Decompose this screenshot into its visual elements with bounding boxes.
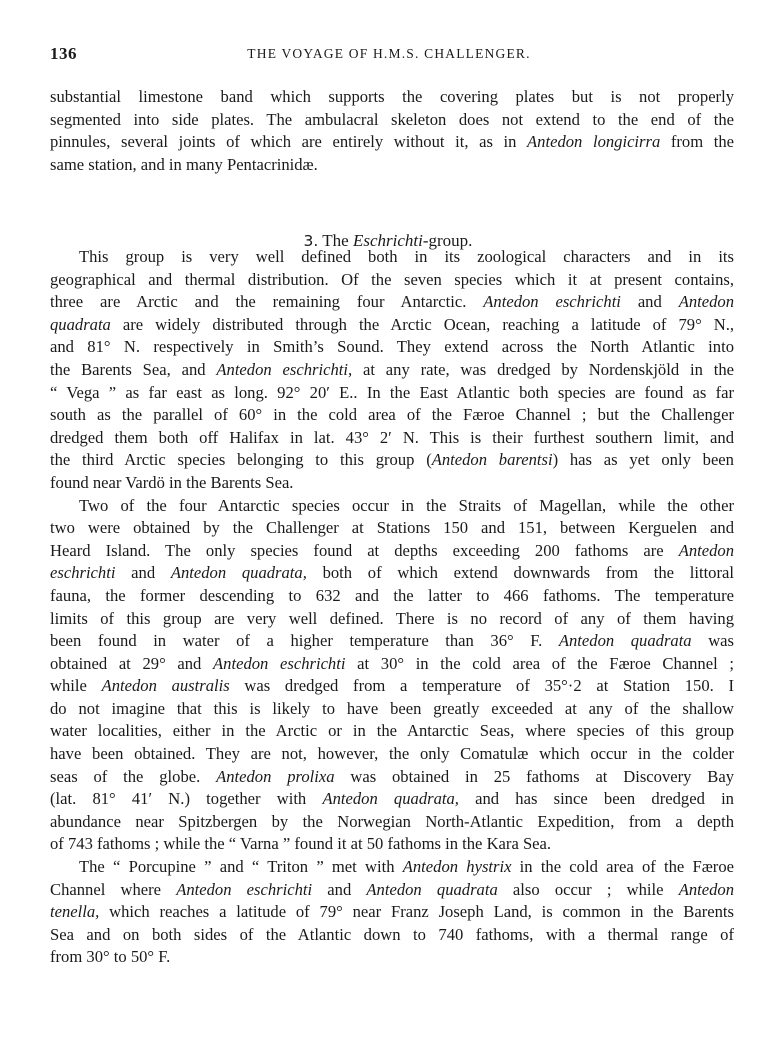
text-line: substantial limestone band which support… xyxy=(50,86,734,109)
species-name: Antedon eschrichti xyxy=(483,292,621,311)
text-line: from 30° to 50° F. xyxy=(50,946,734,969)
text-line: same station, and in many Pentacrinidæ. xyxy=(50,154,734,177)
species-name: Antedon australis xyxy=(102,676,230,695)
text-line: This group is very well defined both in … xyxy=(50,246,734,269)
text-line: Channel where Antedon eschrichti and Ant… xyxy=(50,879,734,902)
text-line: the Barents Sea, and Antedon eschrichti,… xyxy=(50,359,734,382)
species-name: Antedon xyxy=(679,292,734,311)
species-name: Antedon xyxy=(679,541,734,560)
text-line: found near Vardö in the Barents Sea. xyxy=(50,472,734,495)
species-name: Antedon quadrata xyxy=(559,631,692,650)
text-line: of 743 fathoms ; while the “ Varna ” fou… xyxy=(50,833,734,856)
text-line: while Antedon australis was dredged from… xyxy=(50,675,734,698)
text-line: abundance near Spitzbergen by the Norweg… xyxy=(50,811,734,834)
text-line: two were obtained by the Challenger at S… xyxy=(50,517,734,540)
text-line: three are Arctic and the remaining four … xyxy=(50,291,734,314)
section-body: This group is very well defined both in … xyxy=(50,246,734,969)
text-line: (lat. 81° 41′ N.) together with Antedon … xyxy=(50,788,734,811)
species-name: Antedon hystrix xyxy=(403,857,512,876)
text-line: south as the parallel of 60° in the cold… xyxy=(50,404,734,427)
text-line: water localities, either in the Arctic o… xyxy=(50,720,734,743)
continuation-paragraph: substantial limestone band which support… xyxy=(50,86,734,176)
text-line: the third Arctic species belonging to th… xyxy=(50,449,734,472)
species-name: Antedon eschrichti xyxy=(176,880,312,899)
page-header: 136 THE VOYAGE OF H.M.S. CHALLENGER. xyxy=(50,44,728,66)
species-name: Antedon prolixa xyxy=(216,767,334,786)
text-line: been found in water of a higher temperat… xyxy=(50,630,734,653)
text-line: geographical and thermal distribution. O… xyxy=(50,269,734,292)
species-name: Antedon xyxy=(679,880,734,899)
paragraph: Two of the four Antarctic species occur … xyxy=(50,495,734,857)
species-name: Antedon quadrata xyxy=(366,880,497,899)
paragraph: The “ Porcupine ” and “ Triton ” met wit… xyxy=(50,856,734,969)
text-line: fauna, the former descending to 632 and … xyxy=(50,585,734,608)
text-line: Sea and on both sides of the Atlantic do… xyxy=(50,924,734,947)
text-line: Heard Island. The only species found at … xyxy=(50,540,734,563)
text-line: have been obtained. They are not, howeve… xyxy=(50,743,734,766)
paragraph: This group is very well defined both in … xyxy=(50,246,734,495)
species-name: Antedon eschrichti xyxy=(213,654,345,673)
species-name: tenella, xyxy=(50,902,99,921)
text-line: limits of this group are very well defin… xyxy=(50,608,734,631)
species-name: Antedon eschrichti, xyxy=(216,360,352,379)
text-line: segmented into side plates. The ambulacr… xyxy=(50,109,734,132)
text-line: and 81° N. respectively in Smith’s Sound… xyxy=(50,336,734,359)
text-line: quadrata are widely distributed through … xyxy=(50,314,734,337)
running-title: THE VOYAGE OF H.M.S. CHALLENGER. xyxy=(50,46,728,62)
text-line: “ Vega ” as far east as long. 92° 20′ E.… xyxy=(50,382,734,405)
species-name: Antedon longicirra xyxy=(527,132,660,151)
text-line: pinnules, several joints of which are en… xyxy=(50,131,734,154)
text-line: tenella, which reaches a latitude of 79°… xyxy=(50,901,734,924)
species-name: Antedon quadrata, xyxy=(322,789,459,808)
text-line: The “ Porcupine ” and “ Triton ” met wit… xyxy=(50,856,734,879)
species-name: quadrata xyxy=(50,315,111,334)
text-line: dredged them both off Halifax in lat. 43… xyxy=(50,427,734,450)
text-line: seas of the globe. Antedon prolixa was o… xyxy=(50,766,734,789)
species-name: Antedon barentsi xyxy=(432,450,553,469)
text-line: do not imagine that this is likely to ha… xyxy=(50,698,734,721)
text-line: eschrichti and Antedon quadrata, both of… xyxy=(50,562,734,585)
species-name: Antedon quadrata, xyxy=(171,563,307,582)
species-name: eschrichti xyxy=(50,563,115,582)
text-line: Two of the four Antarctic species occur … xyxy=(50,495,734,518)
text-line: obtained at 29° and Antedon eschrichti a… xyxy=(50,653,734,676)
